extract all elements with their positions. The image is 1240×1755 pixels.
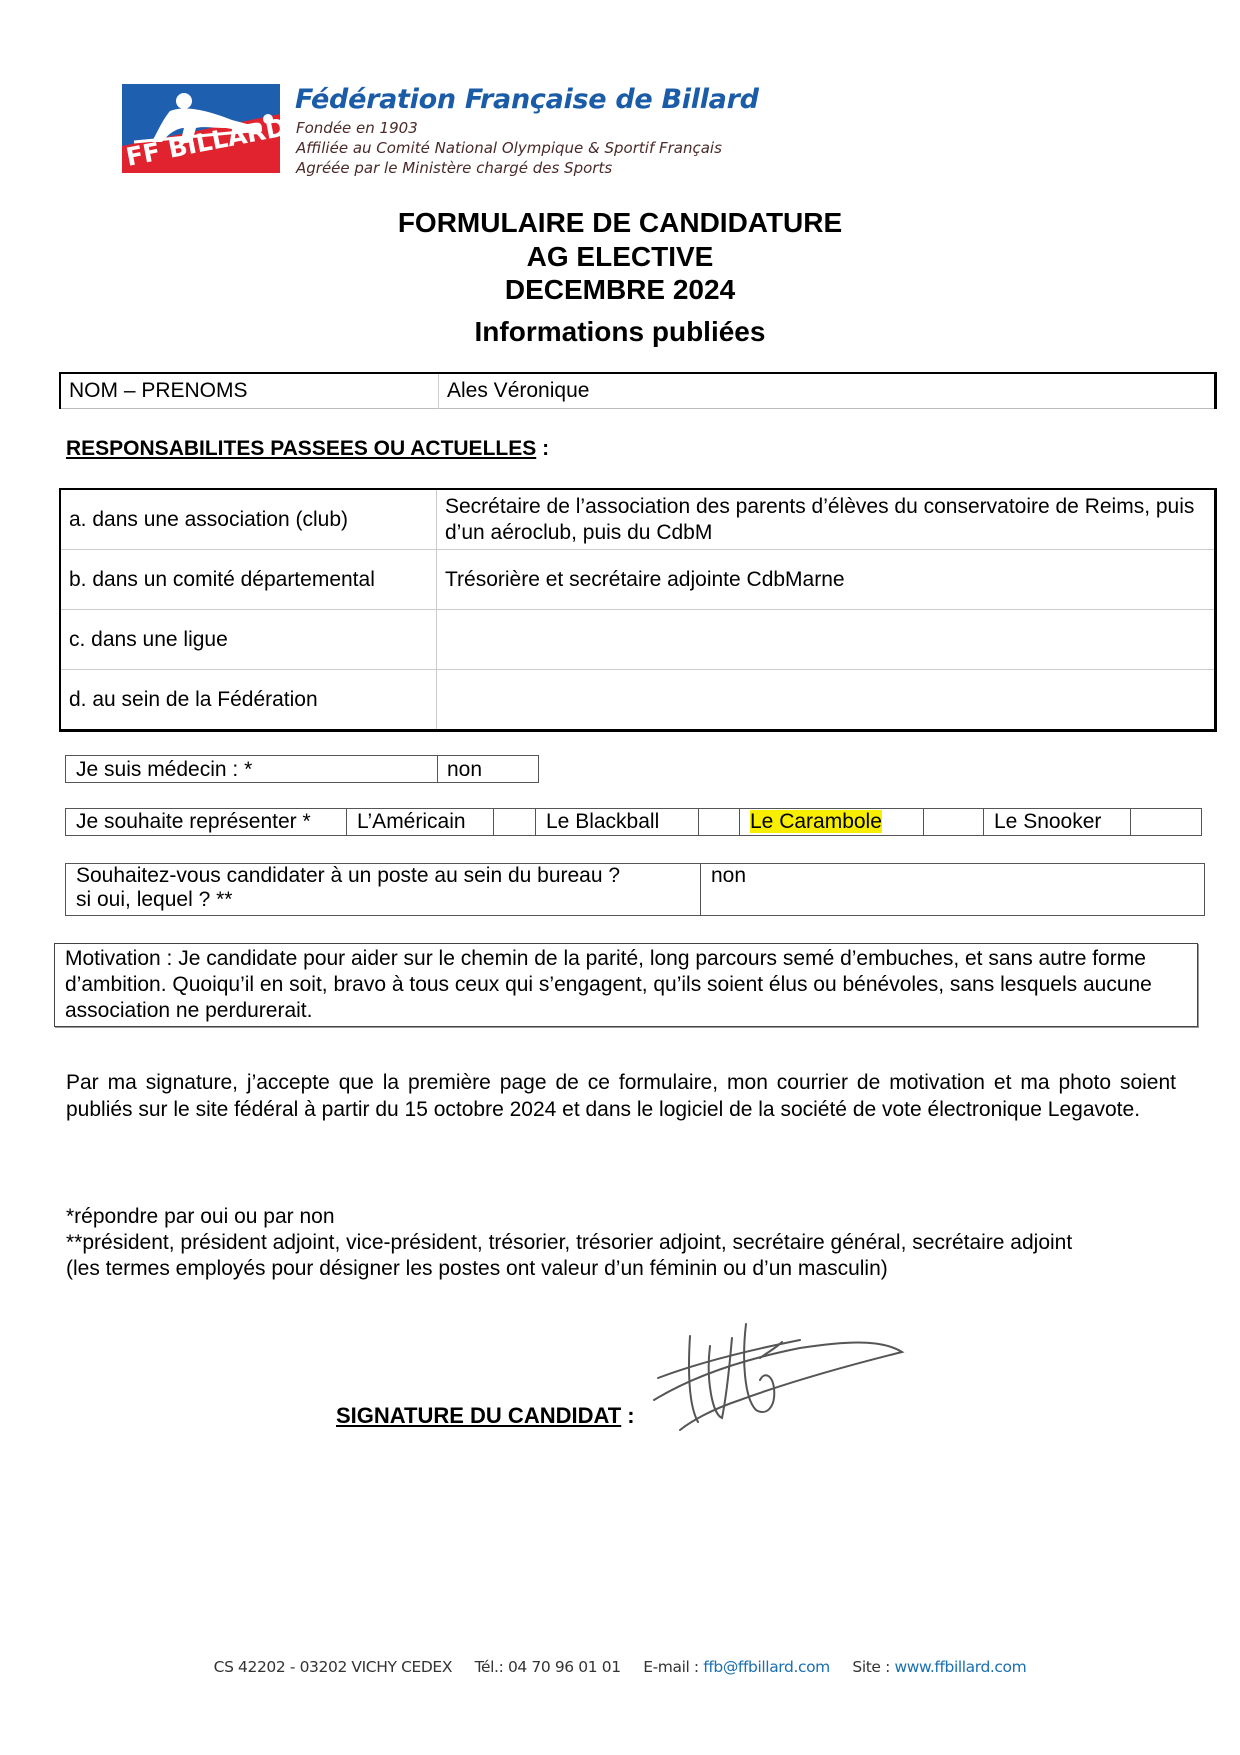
footnotes: *répondre par oui ou par non **président… [66,1204,1216,1282]
table-row: d. au sein de la Fédération [60,670,1216,731]
form-title: FORMULAIRE DE CANDIDATURE [0,206,1240,239]
option-americain-checkbox[interactable] [494,809,536,835]
footer-phone-label: Tél.: [475,1658,508,1676]
signature-image [650,1318,912,1436]
org-founded: Fondée en 1903 [296,119,418,137]
option-americain-label: L’Américain [347,809,494,835]
signature-colon: : [621,1403,634,1428]
identity-value[interactable]: Ales Véronique [439,373,1216,409]
heading-colon: : [536,437,549,460]
footer-site-label: Site : [852,1658,894,1676]
org-affiliation: Affiliée au Comité National Olympique & … [296,139,722,157]
divider [437,756,438,782]
row-value[interactable] [437,670,1216,731]
option-blackball-label: Le Blackball [536,809,699,835]
form-subtitle: Informations publiées [0,316,1240,348]
form-title-line2: AG ELECTIVE [0,240,1240,273]
footnote-1: *répondre par oui ou par non [66,1204,1216,1230]
table-row: a. dans une association (club) Secrétair… [60,489,1216,550]
row-label: b. dans un comité départemental [60,550,437,610]
ffb-logo: FF BILLARD [122,84,280,173]
table-row: b. dans un comité départemental Trésoriè… [60,550,1216,610]
option-carambole-text: Le Carambole [750,810,882,833]
option-carambole-label: Le Carambole [740,809,924,835]
medecin-label: Je suis médecin : * [76,756,252,783]
represent-label: Je souhaite représenter * [66,809,347,835]
table-row: c. dans une ligue [60,610,1216,670]
motivation-box[interactable]: Motivation : Je candidate pour aider sur… [54,943,1198,1027]
row-value[interactable] [437,610,1216,670]
represent-field: Je souhaite représenter * L’Américain Le… [65,808,1202,836]
responsibilities-table: a. dans une association (club) Secrétair… [59,488,1217,732]
consent-paragraph: Par ma signature, j’accepte que la premi… [66,1069,1176,1123]
organization-name: Fédération Française de Billard [295,84,759,115]
footer: CS 42202 - 03202 VICHY CEDEX Tél.: 04 70… [0,1658,1240,1676]
medecin-field: Je suis médecin : * non [65,755,539,783]
signature-label-text: SIGNATURE DU CANDIDAT [336,1403,621,1428]
footer-phone: 04 70 96 01 01 [508,1658,621,1676]
footer-email-label: E-mail : [643,1658,703,1676]
row-label: c. dans une ligue [60,610,437,670]
footer-email-link[interactable]: ffb@ffbillard.com [703,1658,830,1676]
footnote-3: (les termes employés pour désigner les p… [66,1256,1216,1282]
responsibilities-heading-text: RESPONSABILITES PASSEES OU ACTUELLES [66,437,536,460]
bureau-question: Souhaitez-vous candidater à un poste au … [76,864,620,888]
form-title-line3: DECEMBRE 2024 [0,273,1240,306]
identity-label: NOM – PRENOMS [60,373,439,409]
footnote-2: **président, président adjoint, vice-pré… [66,1230,1216,1256]
option-carambole-checkbox[interactable] [924,809,984,835]
org-approval: Agréée par le Ministère chargé des Sport… [296,159,612,177]
option-snooker-label: Le Snooker [984,809,1131,835]
identity-table: NOM – PRENOMS Ales Véronique [59,372,1217,409]
option-blackball-checkbox[interactable] [699,809,740,835]
bureau-field: Souhaitez-vous candidater à un poste au … [65,863,1205,916]
row-value[interactable]: Trésorière et secrétaire adjointe CdbMar… [437,550,1216,610]
bureau-label: Souhaitez-vous candidater à un poste au … [76,864,620,912]
footer-site-link[interactable]: www.ffbillard.com [894,1658,1026,1676]
bureau-value[interactable]: non [711,864,746,888]
bureau-subquestion: si oui, lequel ? ** [76,888,620,912]
responsibilities-heading: RESPONSABILITES PASSEES OU ACTUELLES : [66,437,549,461]
medecin-value[interactable]: non [447,756,482,783]
row-value[interactable]: Secrétaire de l’association des parents … [437,489,1216,550]
row-label: a. dans une association (club) [60,489,437,550]
row-label: d. au sein de la Fédération [60,670,437,731]
footer-address: CS 42202 - 03202 VICHY CEDEX [214,1658,452,1676]
option-snooker-checkbox[interactable] [1131,809,1201,835]
divider [700,864,701,915]
signature-label: SIGNATURE DU CANDIDAT : [336,1403,635,1429]
